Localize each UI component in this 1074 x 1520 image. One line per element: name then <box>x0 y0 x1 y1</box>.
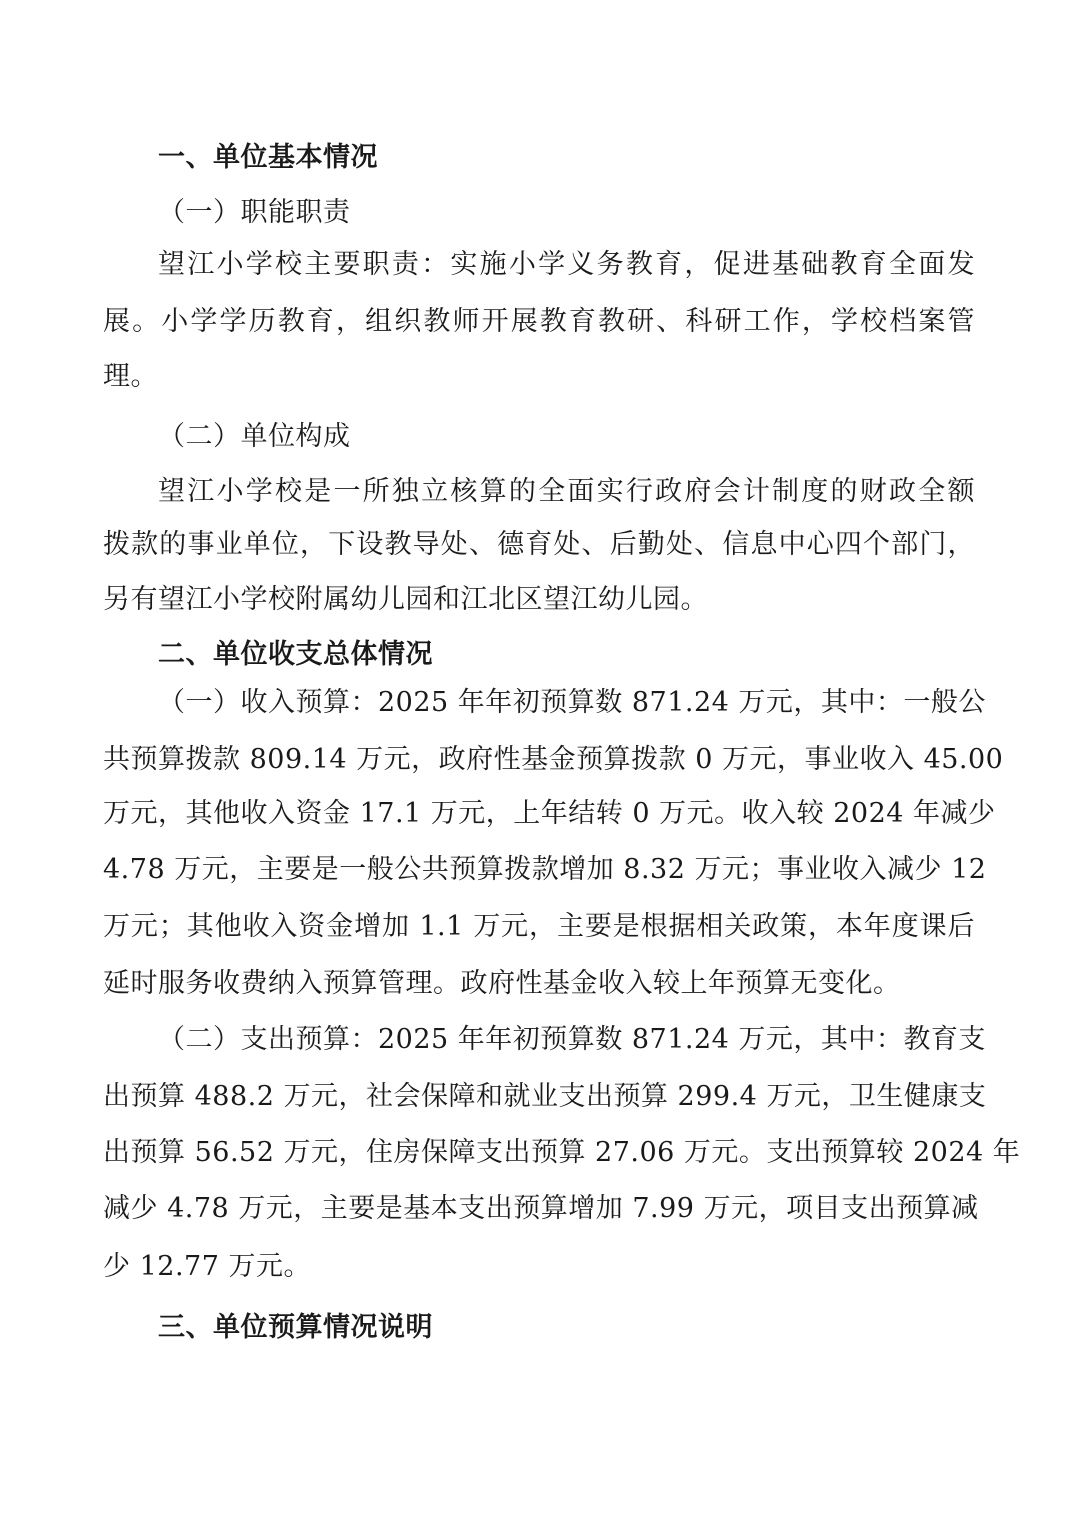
section-heading-overall: 二、单位收支总体情况 <box>158 638 975 672</box>
paragraph-expense-line-2: 出预算 488.2 万元，社会保障和就业支出预算 299.4 万元，卫生健康支 <box>103 1080 975 1114</box>
paragraph-functions-line-2: 展。小学学历教育，组织教师开展教育教研、科研工作，学校档案管 <box>103 305 975 339</box>
subsection-title-composition: （二）单位构成 <box>158 420 975 454</box>
subsection-title-functions: （一）职能职责 <box>158 196 975 230</box>
paragraph-income-line-5: 万元；其他收入资金增加 1.1 万元，主要是根据相关政策，本年度课后 <box>103 910 975 944</box>
paragraph-expense-line-5: 少 12.77 万元。 <box>103 1250 975 1284</box>
paragraph-expense-line-4: 减少 4.78 万元，主要是基本支出预算增加 7.99 万元，项目支出预算减 <box>103 1192 975 1226</box>
section-heading-budget-explanation: 三、单位预算情况说明 <box>158 1311 975 1345</box>
paragraph-income-line-2: 共预算拨款 809.14 万元，政府性基金预算拨款 0 万元，事业收入 45.0… <box>103 743 975 777</box>
paragraph-composition-line-3: 另有望江小学校附属幼儿园和江北区望江幼儿园。 <box>103 583 975 617</box>
paragraph-functions-line-1: 望江小学校主要职责：实施小学义务教育，促进基础教育全面发 <box>158 248 975 282</box>
paragraph-functions-line-3: 理。 <box>103 360 975 394</box>
paragraph-income-line-4: 4.78 万元，主要是一般公共预算拨款增加 8.32 万元；事业收入减少 12 <box>103 853 975 887</box>
section-heading-basic-info: 一、单位基本情况 <box>158 141 975 175</box>
paragraph-expense-line-1: （二）支出预算：2025 年年初预算数 871.24 万元，其中：教育支 <box>158 1023 975 1057</box>
paragraph-income-line-6: 延时服务收费纳入预算管理。政府性基金收入较上年预算无变化。 <box>103 967 975 1001</box>
paragraph-composition-line-1: 望江小学校是一所独立核算的全面实行政府会计制度的财政全额 <box>158 475 975 509</box>
paragraph-composition-line-2: 拨款的事业单位，下设教导处、德育处、后勤处、信息中心四个部门， <box>103 528 975 562</box>
paragraph-income-line-3: 万元，其他收入资金 17.1 万元，上年结转 0 万元。收入较 2024 年减少 <box>103 797 975 831</box>
paragraph-expense-line-3: 出预算 56.52 万元，住房保障支出预算 27.06 万元。支出预算较 202… <box>103 1136 975 1170</box>
paragraph-income-line-1: （一）收入预算：2025 年年初预算数 871.24 万元，其中：一般公 <box>158 686 975 720</box>
